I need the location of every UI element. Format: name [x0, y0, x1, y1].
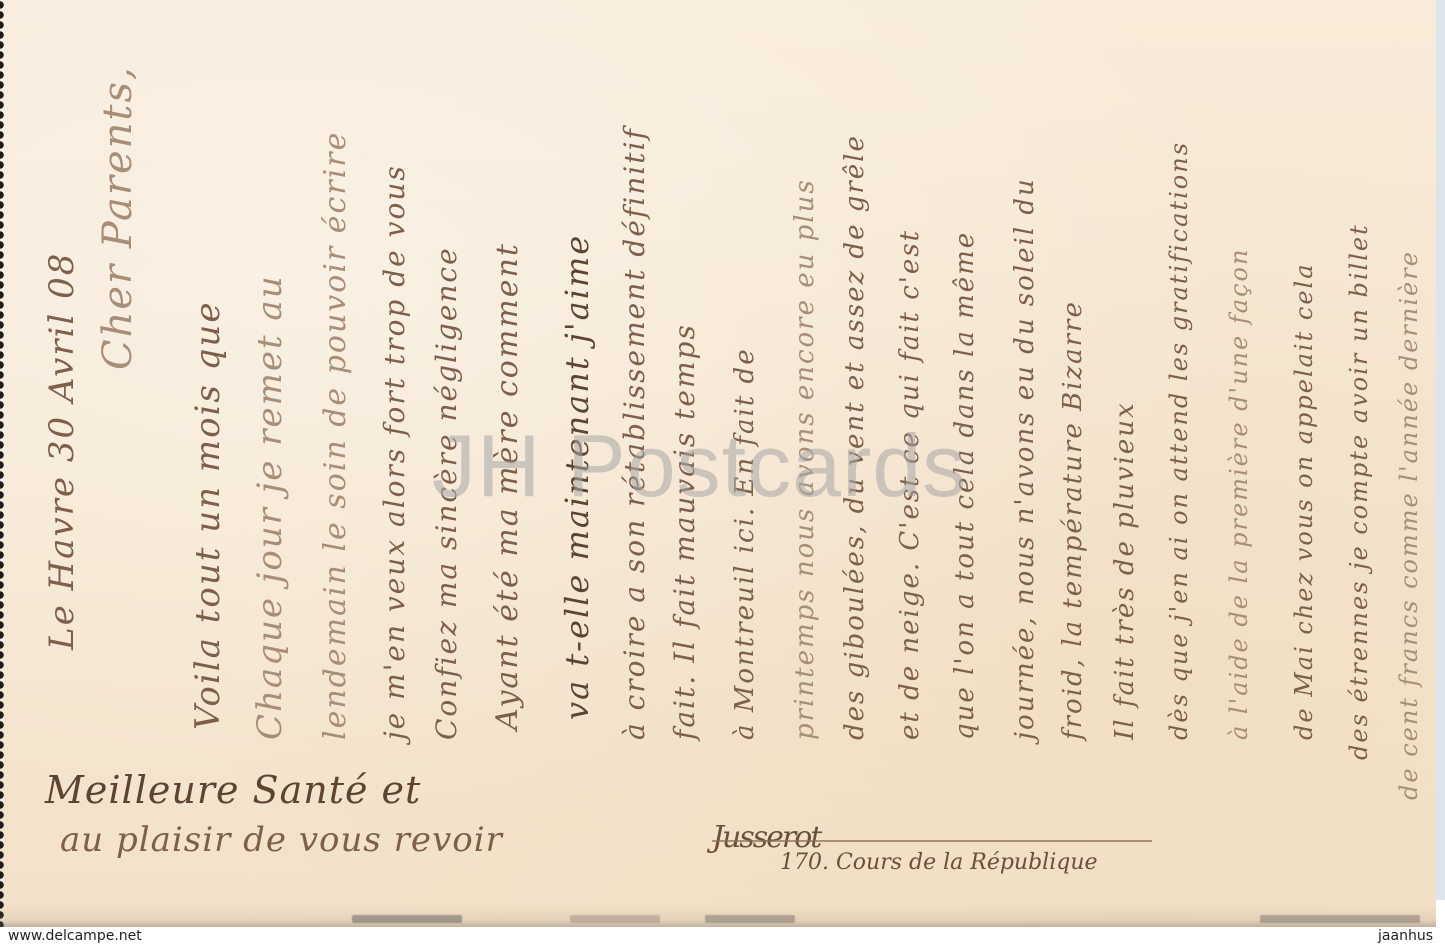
- signature-underline: [712, 840, 1152, 842]
- letter-card: Le Havre 30 Avril 08 Cher Parents, Voila…: [0, 0, 1436, 927]
- letter-line: de cent francs comme l'année dernière: [1395, 250, 1423, 800]
- letter-line: à Montreuil ici. En fait de: [730, 347, 760, 740]
- letter-line: Il fait très de pluvieux: [1110, 401, 1140, 740]
- edge-smudge: [352, 915, 462, 923]
- closing-line-1: Meilleure Santé et: [45, 768, 421, 812]
- watermark: JH Postcards: [432, 422, 967, 510]
- return-address: 170. Cours de la République: [780, 850, 1098, 875]
- date-line: Le Havre 30 Avril 08: [42, 252, 82, 650]
- edge-smudge: [570, 915, 660, 923]
- letter-line: dès que j'en ai on attend les gratificat…: [1165, 141, 1193, 740]
- letter-line: Voila tout un mois que: [188, 301, 228, 730]
- letter-line: de Mai chez vous on appelait cela: [1290, 262, 1318, 740]
- letter-line: journée, nous n'avons eu du soleil du: [1010, 177, 1040, 740]
- salutation: Cher Parents,: [95, 65, 141, 370]
- edge-smudge: [705, 915, 795, 923]
- right-background: [1436, 0, 1445, 900]
- letter-line: lendemain le soin de pouvoir écrire: [318, 131, 353, 740]
- closing-line-2: au plaisir de vous revoir: [60, 820, 503, 860]
- letter-line: à l'aide de la première d'une façon: [1225, 248, 1253, 740]
- edge-smudge: [1260, 915, 1420, 923]
- left-perforation: [0, 0, 7, 927]
- letter-line: des étrennes je compte avoir un billet: [1345, 223, 1373, 760]
- source-credit-right: jaanhus: [1378, 928, 1433, 944]
- letter-line: froid, la température Bizarre: [1058, 300, 1088, 740]
- source-credit-left: www.delcampe.net: [8, 928, 142, 944]
- letter-line: je m'en veux alors fort trop de vous: [378, 164, 411, 740]
- letter-line: Chaque jour je remet au: [250, 274, 290, 740]
- letter-line: fait. Il fait mauvais temps: [668, 323, 701, 740]
